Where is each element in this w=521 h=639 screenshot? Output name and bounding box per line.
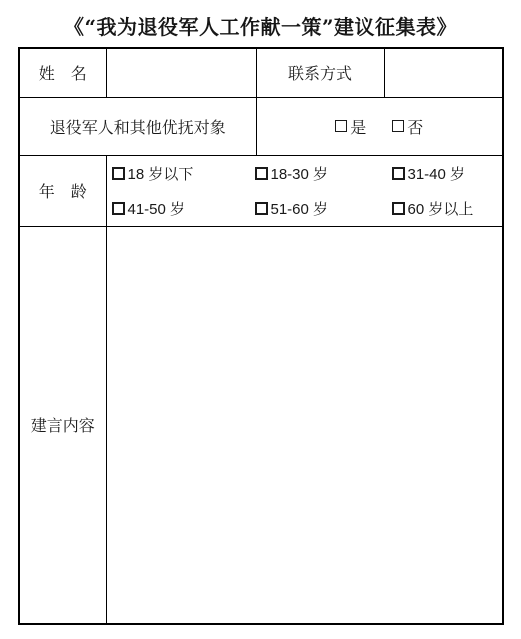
checkbox-icon[interactable] [392, 202, 405, 215]
age-option-under18[interactable]: 18 岁以下 [112, 163, 255, 184]
checkbox-icon[interactable] [112, 202, 125, 215]
checkbox-icon[interactable] [255, 202, 268, 215]
age-option-18-30[interactable]: 18-30 岁 [255, 163, 392, 184]
veteran-yes-option[interactable]: 是 [335, 115, 366, 138]
age-options-grid: 18 岁以下 18-30 岁 31-40 岁 41-50 岁 51-60 岁 [107, 163, 503, 219]
checkbox-icon[interactable] [335, 120, 347, 132]
checkbox-icon[interactable] [392, 120, 404, 132]
age-option-label: 60 岁以上 [408, 198, 474, 219]
age-option-label: 51-60 岁 [271, 198, 329, 219]
form-title: 《“我为退役军人工作献一策”建议征集表》 [4, 11, 517, 40]
age-option-31-40[interactable]: 31-40 岁 [392, 163, 503, 184]
age-label: 年 龄 [19, 155, 106, 226]
age-row: 年 龄 18 岁以下 18-30 岁 31-40 岁 41-50 岁 [19, 155, 503, 226]
veteran-yes-label: 是 [350, 115, 366, 138]
age-option-over60[interactable]: 60 岁以上 [392, 198, 503, 219]
name-input-cell[interactable] [106, 48, 256, 97]
yes-no-group: 是 否 [257, 115, 503, 138]
content-input-cell[interactable] [106, 226, 503, 624]
contact-input-cell[interactable] [384, 48, 503, 97]
checkbox-icon[interactable] [392, 167, 405, 180]
checkbox-icon[interactable] [255, 167, 268, 180]
checkbox-icon[interactable] [112, 167, 125, 180]
veteran-no-label: 否 [407, 115, 423, 138]
veteran-label: 退役军人和其他优抚对象 [19, 97, 256, 155]
veteran-no-option[interactable]: 否 [392, 115, 423, 138]
name-row: 姓 名 联系方式 [19, 48, 503, 97]
age-options-cell: 18 岁以下 18-30 岁 31-40 岁 41-50 岁 51-60 岁 [106, 155, 503, 226]
age-option-41-50[interactable]: 41-50 岁 [112, 198, 255, 219]
age-option-label: 41-50 岁 [128, 198, 186, 219]
content-label: 建言内容 [19, 226, 106, 624]
suggestion-form-table: 姓 名 联系方式 退役军人和其他优抚对象 是 否 年 龄 [18, 47, 504, 625]
contact-label: 联系方式 [256, 48, 384, 97]
name-label: 姓 名 [19, 48, 106, 97]
age-option-label: 18-30 岁 [271, 163, 329, 184]
content-input-area[interactable] [107, 227, 503, 623]
veteran-choice-cell: 是 否 [256, 97, 503, 155]
age-option-label: 18 岁以下 [128, 163, 194, 184]
veteran-row: 退役军人和其他优抚对象 是 否 [19, 97, 503, 155]
age-option-51-60[interactable]: 51-60 岁 [255, 198, 392, 219]
content-row: 建言内容 [19, 226, 503, 624]
age-option-label: 31-40 岁 [408, 163, 466, 184]
